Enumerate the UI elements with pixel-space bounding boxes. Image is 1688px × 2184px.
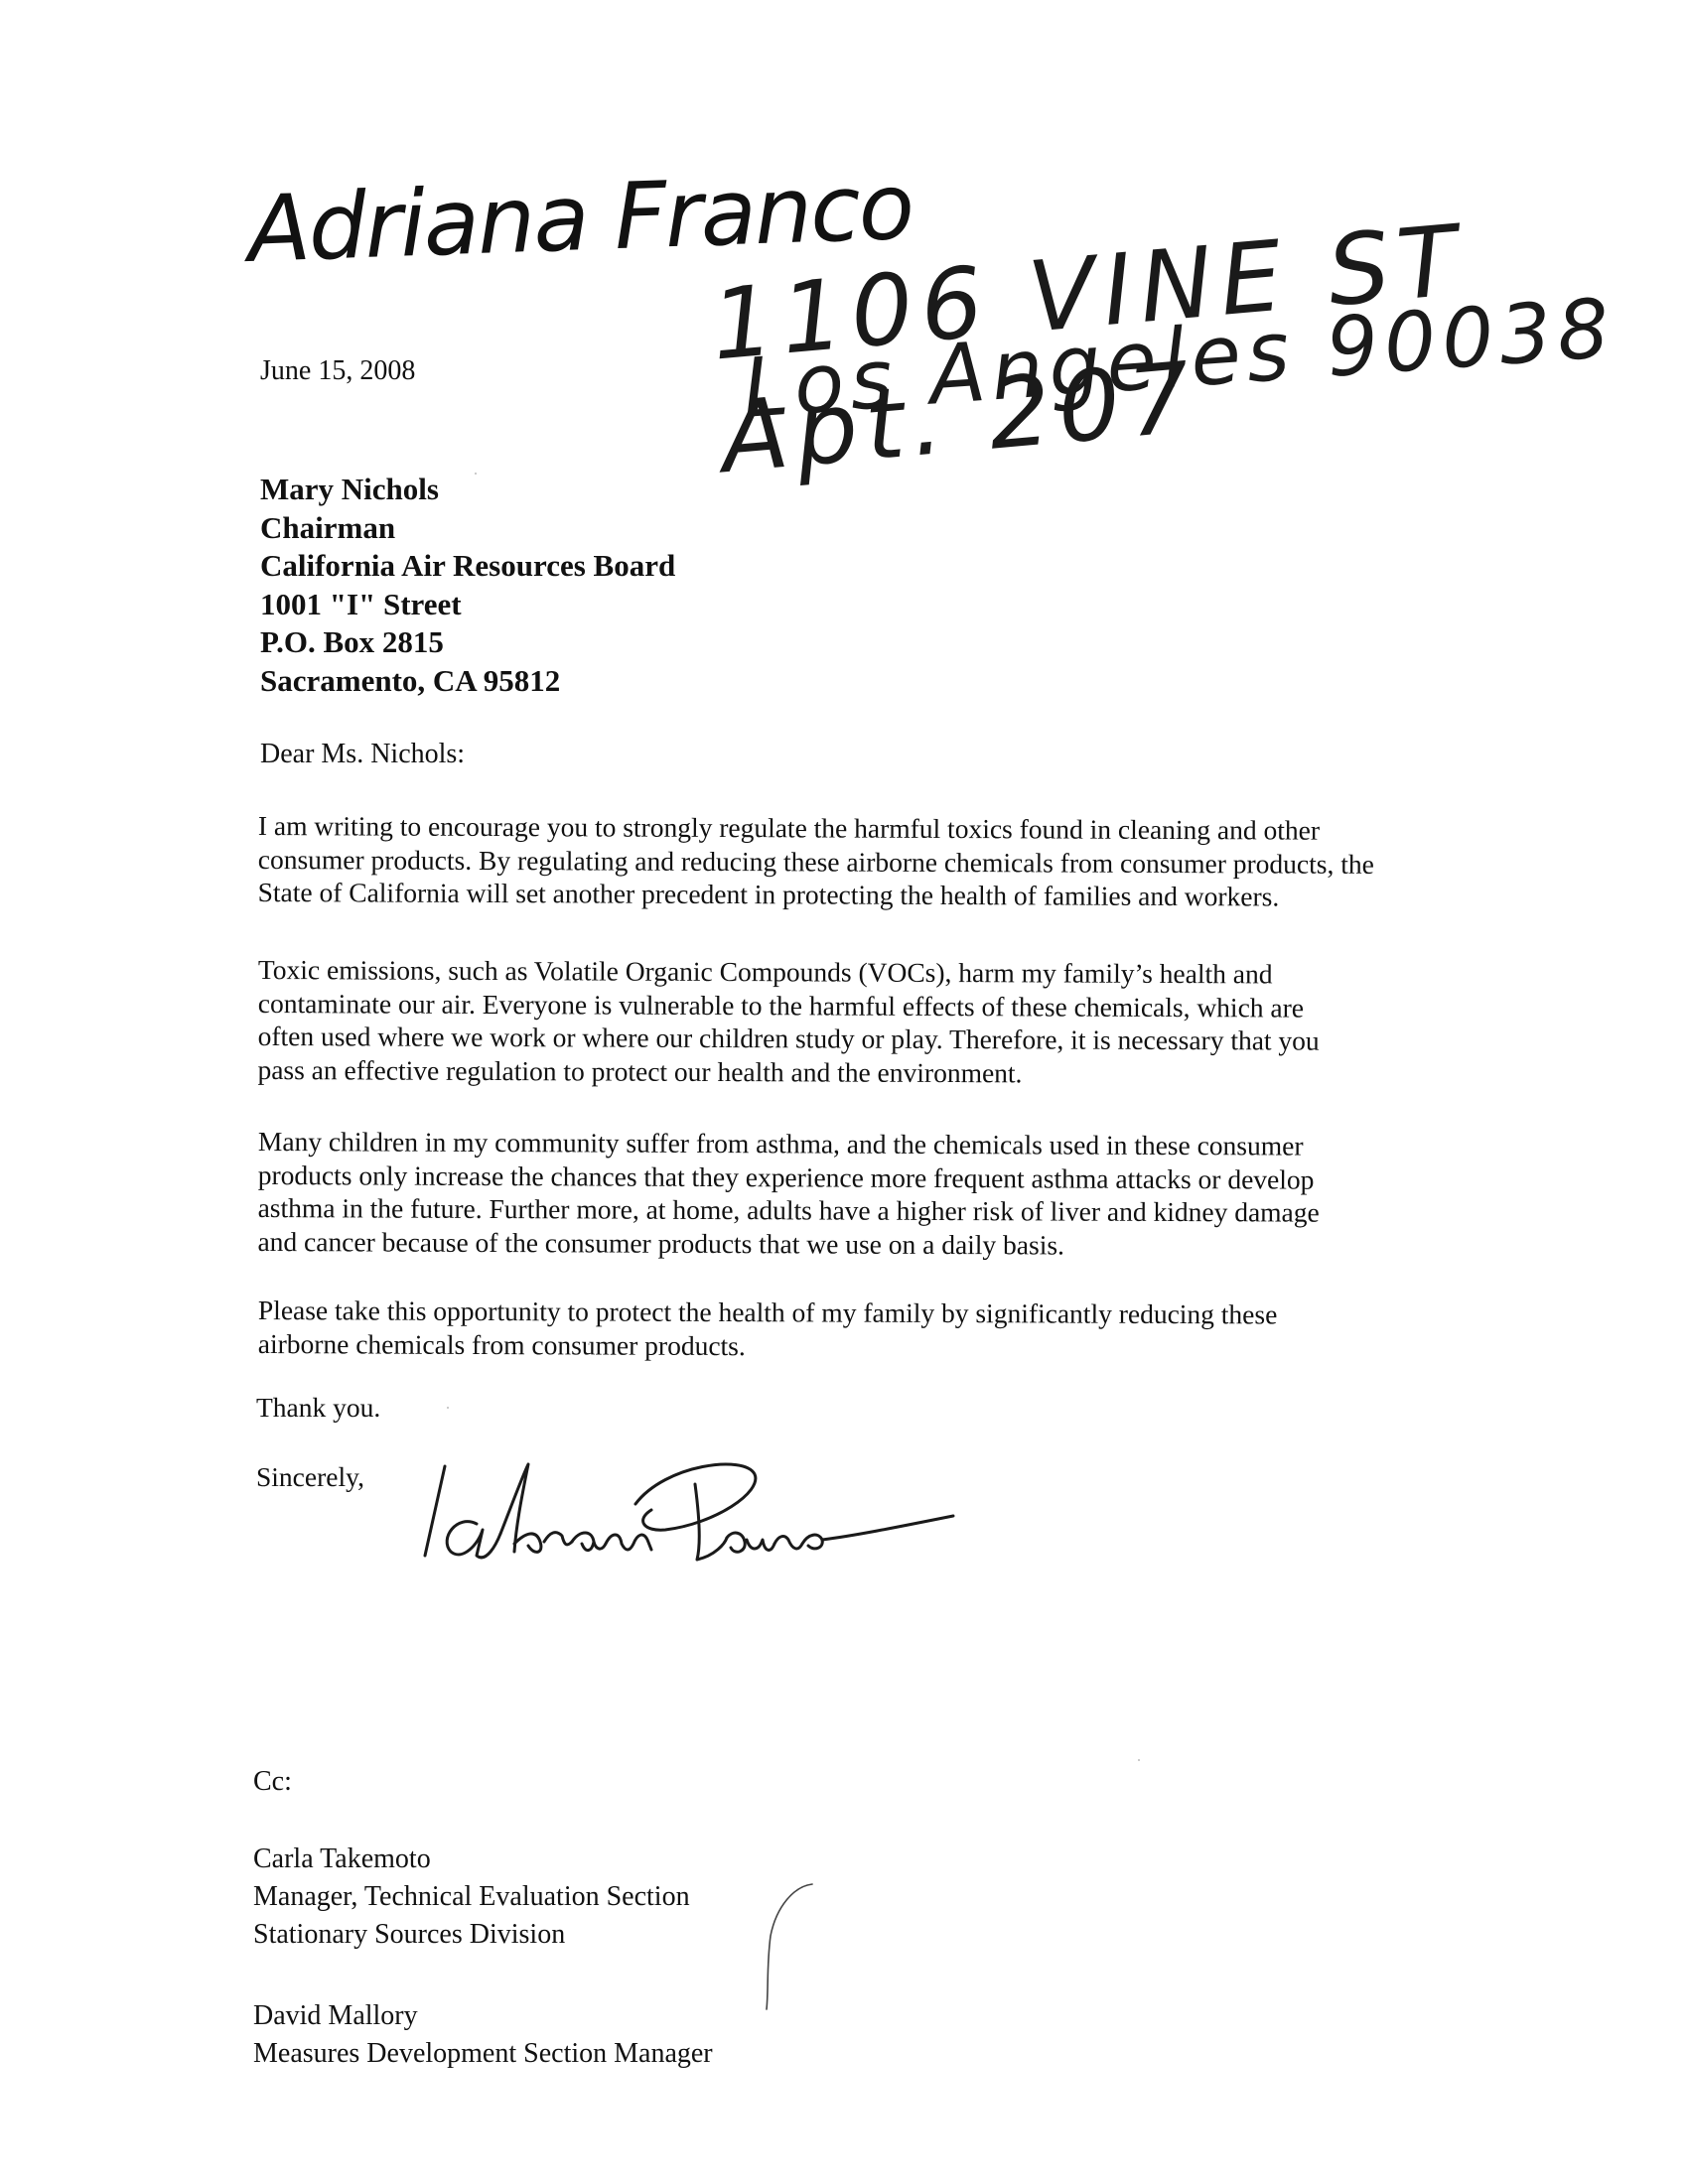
scan-speck xyxy=(588,1343,590,1345)
cc-recipient-title: Measures Development Section Manager xyxy=(253,2035,713,2073)
recipient-po-box: P.O. Box 2815 xyxy=(260,623,675,662)
paragraph-line: asthma in the future. Further more, at h… xyxy=(258,1191,1509,1230)
recipient-organization: California Air Resources Board xyxy=(260,547,675,586)
letter-date: June 15, 2008 xyxy=(260,355,415,387)
body-paragraph-1: I am writing to encourage you to strongl… xyxy=(258,809,1509,914)
recipient-title: Chairman xyxy=(260,509,675,548)
cc-recipient-title: Manager, Technical Evaluation Section xyxy=(253,1878,690,1916)
paragraph-line: Many children in my community suffer fro… xyxy=(258,1125,1509,1163)
cc-recipient-name: David Mallory xyxy=(253,1997,713,2035)
paragraph-line: products only increase the chances that … xyxy=(258,1158,1509,1196)
cc-recipient-division: Stationary Sources Division xyxy=(253,1916,690,1954)
paragraph-line: contaminate our air. Everyone is vulnera… xyxy=(258,986,1509,1024)
paragraph-line: consumer products. By regulating and red… xyxy=(258,842,1509,881)
paragraph-line: I am writing to encourage you to strongl… xyxy=(258,809,1509,848)
recipient-address-block: Mary Nichols Chairman California Air Res… xyxy=(260,471,675,700)
cc-recipient-2: David Mallory Measures Development Secti… xyxy=(253,1997,713,2073)
paragraph-line: often used where we work or where our ch… xyxy=(258,1020,1509,1058)
scan-speck xyxy=(1138,1759,1140,1761)
body-paragraph-3: Many children in my community suffer fro… xyxy=(257,1125,1509,1263)
paragraph-line: and cancer because of the consumer produ… xyxy=(257,1224,1508,1263)
closing-thanks: Thank you. xyxy=(256,1392,380,1424)
pen-mark xyxy=(755,1876,824,2015)
body-paragraph-2: Toxic emissions, such as Volatile Organi… xyxy=(257,953,1509,1091)
scan-speck xyxy=(447,1407,449,1409)
paragraph-line: State of California will set another pre… xyxy=(258,876,1509,914)
signature-scribble xyxy=(417,1444,1013,1573)
paragraph-line: Toxic emissions, such as Volatile Organi… xyxy=(258,953,1509,992)
paragraph-line: airborne chemicals from consumer product… xyxy=(258,1326,1509,1365)
closing-sign-off: Sincerely, xyxy=(256,1461,364,1493)
salutation: Dear Ms. Nichols: xyxy=(260,739,465,770)
recipient-city: Sacramento, CA 95812 xyxy=(260,662,675,701)
recipient-street: 1001 "I" Street xyxy=(260,586,675,624)
cc-recipient-name: Carla Takemoto xyxy=(253,1841,690,1878)
paragraph-line: pass an effective regulation to protect … xyxy=(257,1052,1508,1091)
paragraph-line: Please take this opportunity to protect … xyxy=(258,1294,1509,1332)
body-paragraph-4: Please take this opportunity to protect … xyxy=(258,1294,1509,1365)
scan-speck xyxy=(475,473,477,475)
recipient-name: Mary Nichols xyxy=(260,471,675,509)
cc-recipient-1: Carla Takemoto Manager, Technical Evalua… xyxy=(253,1841,690,1954)
cc-label: Cc: xyxy=(253,1763,292,1801)
